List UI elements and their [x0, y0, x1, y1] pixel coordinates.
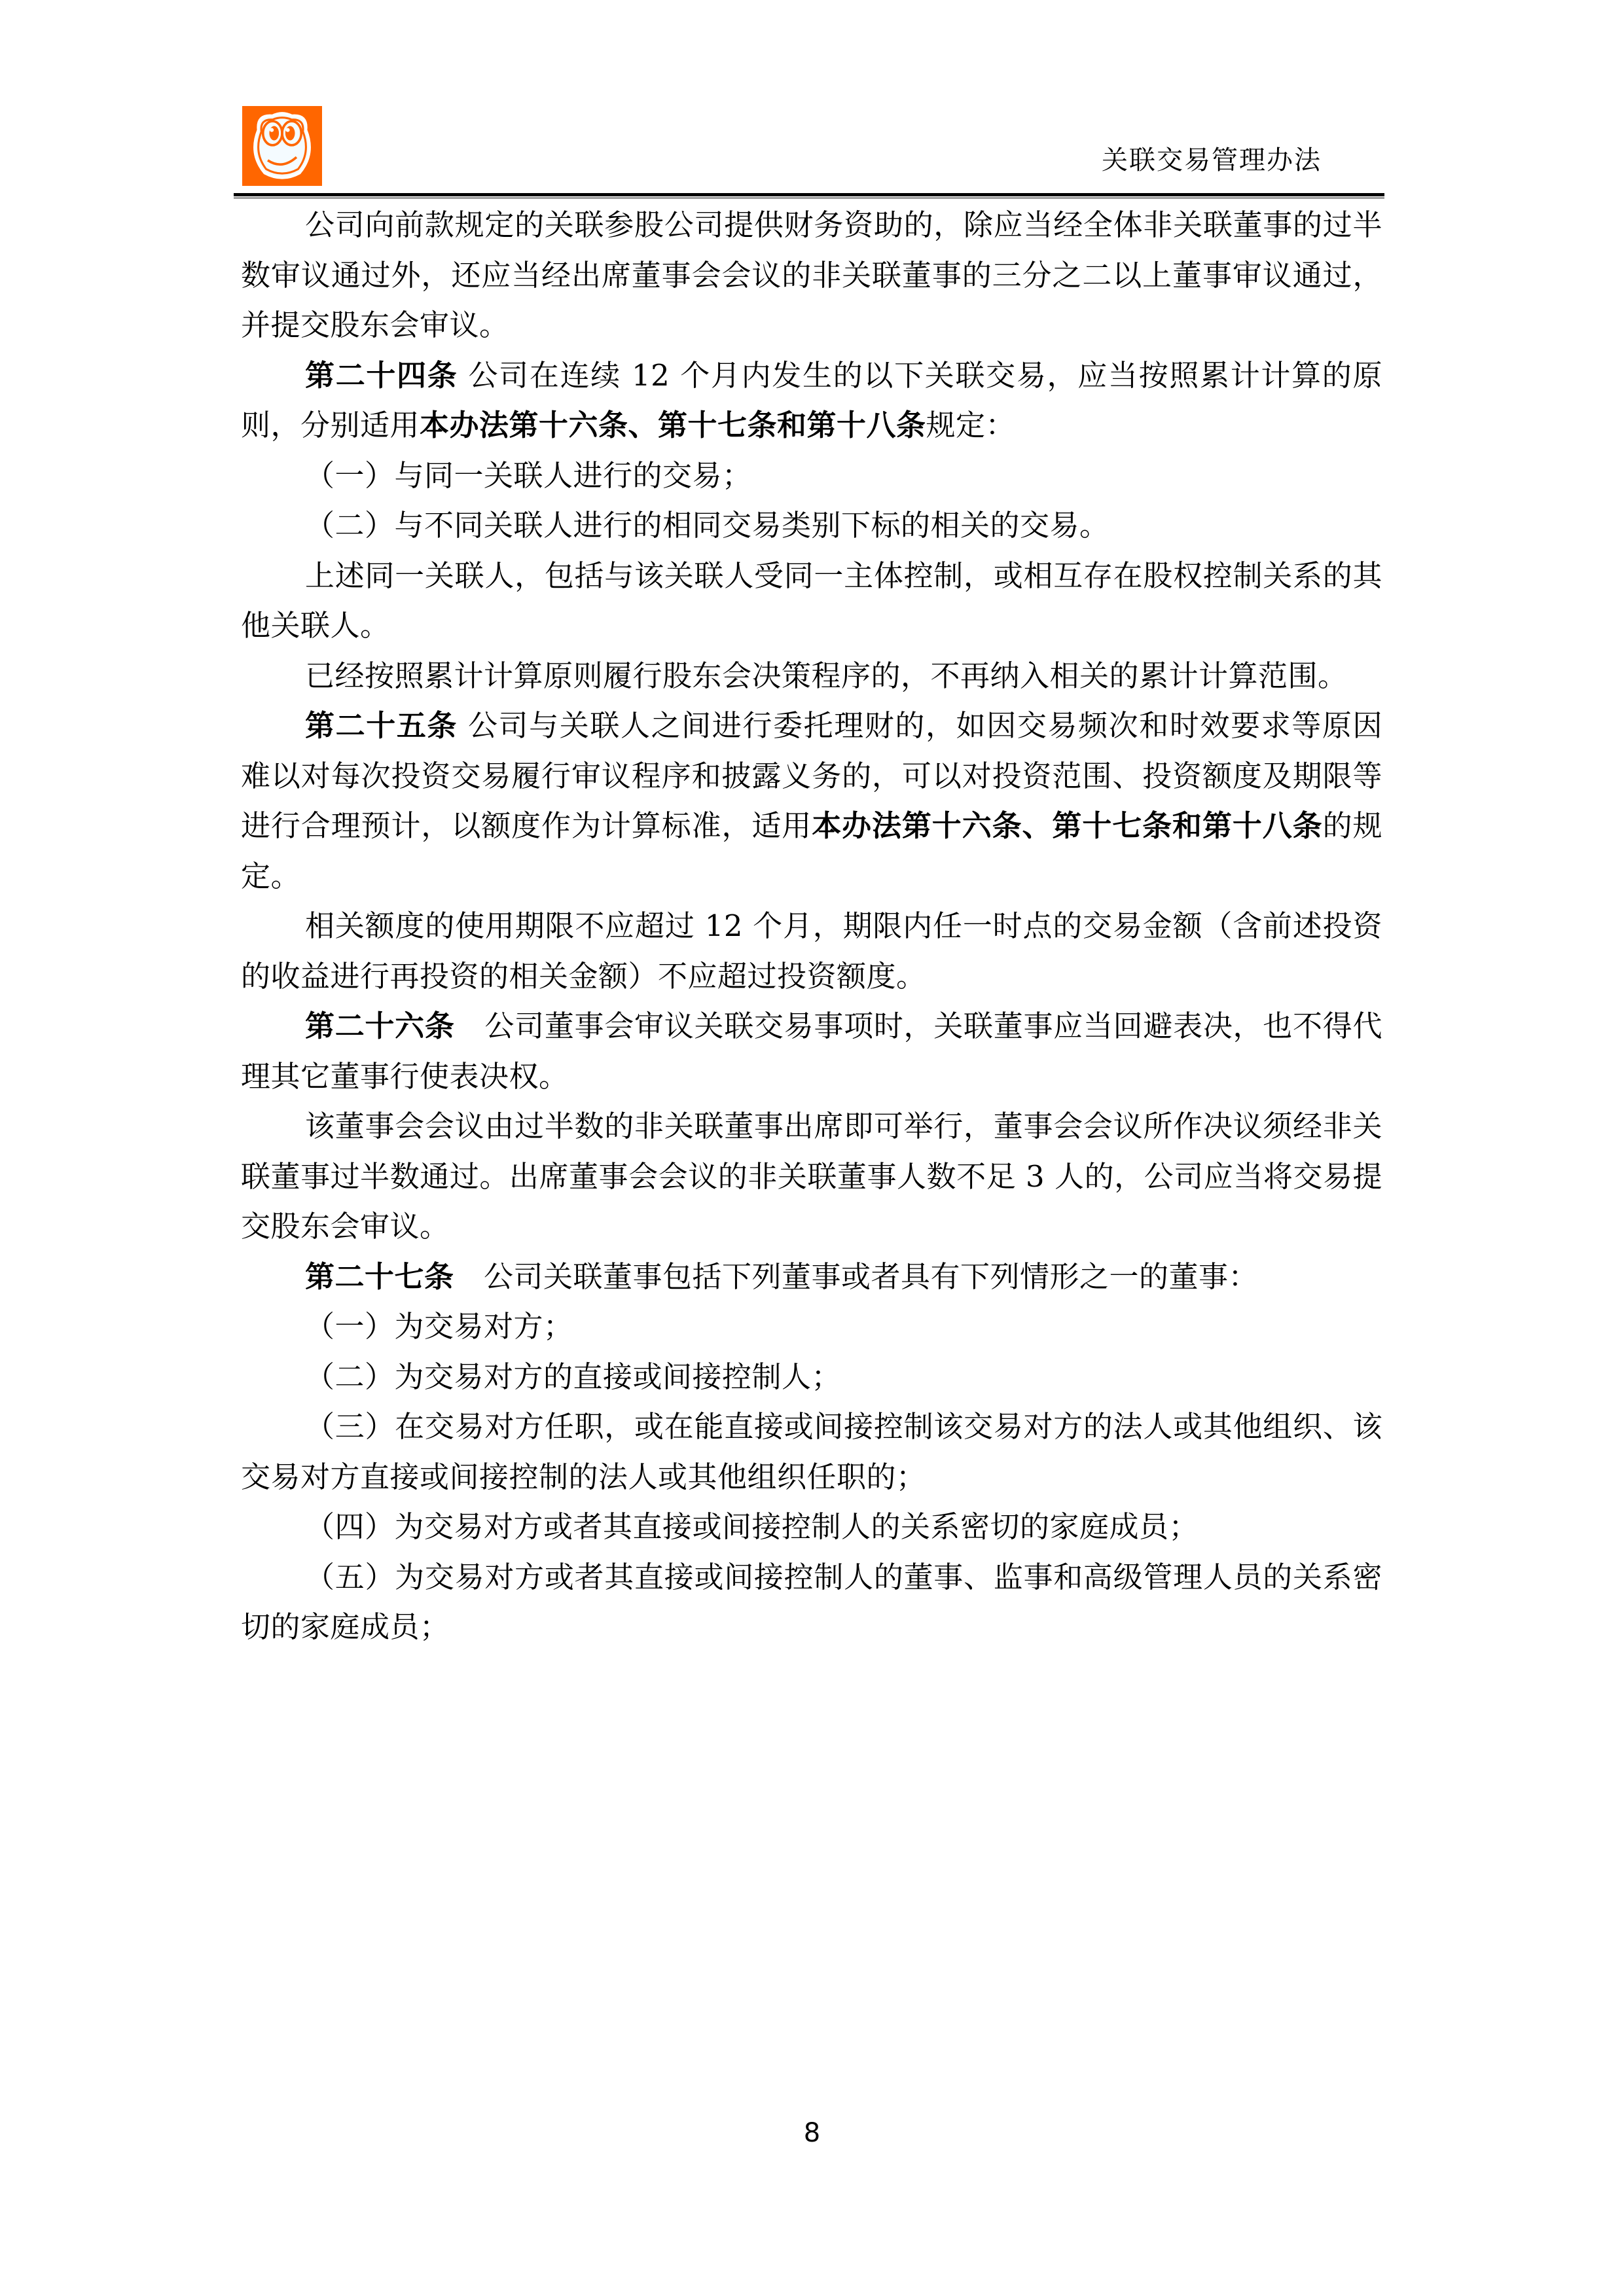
smiley-face-icon [242, 106, 322, 186]
paragraph: （二）为交易对方的直接或间接控制人； [241, 1352, 1382, 1403]
paragraph: （一）与同一关联人进行的交易； [241, 451, 1382, 501]
text-run: 相关额度的使用期限不应超过 12 个月，期限内任一时点的交易金额（含前述投资的收… [241, 908, 1382, 994]
text-run: 公司关联董事包括下列董事或者具有下列情形之一的董事： [454, 1259, 1259, 1294]
paragraph: 已经按照累计计算原则履行股东会决策程序的，不再纳入相关的累计计算范围。 [241, 651, 1382, 702]
text-run: 公司向前款规定的关联参股公司提供财务资助的，除应当经全体非关联董事的过半数审议通… [241, 207, 1382, 342]
company-logo [242, 106, 322, 186]
text-run: 规定： [926, 408, 1016, 442]
bold-text-run: 第二十六条 [305, 1009, 455, 1043]
paragraph: 该董事会会议由过半数的非关联董事出席即可举行，董事会会议所作决议须经非关联董事过… [241, 1102, 1382, 1252]
page-number: 8 [0, 2118, 1624, 2148]
paragraph: 相关额度的使用期限不应超过 12 个月，期限内任一时点的交易金额（含前述投资的收… [241, 901, 1382, 1001]
paragraph: 第二十四条 公司在连续 12 个月内发生的以下关联交易，应当按照累计计算的原则，… [241, 351, 1382, 451]
paragraph: 公司向前款规定的关联参股公司提供财务资助的，除应当经全体非关联董事的过半数审议通… [241, 200, 1382, 351]
paragraph: （二）与不同关联人进行的相同交易类别下标的相关的交易。 [241, 501, 1382, 551]
paragraph: 上述同一关联人，包括与该关联人受同一主体控制，或相互存在股权控制关系的其他关联人… [241, 551, 1382, 651]
bold-text-run: 本办法第十六条、第十七条和第十八条 [420, 408, 926, 442]
document-title-header: 关联交易管理办法 [1102, 144, 1322, 177]
text-run: （二）为交易对方的直接或间接控制人； [305, 1359, 841, 1394]
paragraph: （三）在交易对方任职，或在能直接或间接控制该交易对方的法人或其他组织、该交易对方… [241, 1402, 1382, 1502]
paragraph: 第二十五条 公司与关联人之间进行委托理财的，如因交易频次和时效要求等原因难以对每… [241, 701, 1382, 901]
bold-text-run: 第二十五条 [305, 708, 458, 743]
text-run: （二）与不同关联人进行的相同交易类别下标的相关的交易。 [305, 508, 1110, 543]
text-run: （三）在交易对方任职，或在能直接或间接控制该交易对方的法人或其他组织、该交易对方… [241, 1409, 1382, 1494]
paragraph: 第二十七条 公司关联董事包括下列董事或者具有下列情形之一的董事： [241, 1252, 1382, 1302]
text-run: （五）为交易对方或者其直接或间接控制人的董事、监事和高级管理人员的关系密切的家庭… [241, 1560, 1382, 1645]
paragraph: 第二十六条 公司董事会审议关联交易事项时，关联董事应当回避表决，也不得代理其它董… [241, 1001, 1382, 1102]
text-run: 该董事会会议由过半数的非关联董事出席即可举行，董事会会议所作决议须经非关联董事过… [241, 1109, 1382, 1244]
text-run: 上述同一关联人，包括与该关联人受同一主体控制，或相互存在股权控制关系的其他关联人… [241, 558, 1382, 643]
text-run: （一）为交易对方； [305, 1309, 573, 1344]
bold-text-run: 本办法第十六条、第十七条和第十八条 [812, 808, 1322, 843]
paragraph: （一）为交易对方； [241, 1302, 1382, 1352]
text-run: 已经按照累计计算原则履行股东会决策程序的，不再纳入相关的累计计算范围。 [305, 658, 1348, 693]
bold-text-run: 第二十四条 [305, 358, 458, 393]
header-divider-thin [234, 198, 1384, 198]
text-run: （一）与同一关联人进行的交易； [305, 458, 752, 493]
header-divider [234, 193, 1384, 196]
paragraph: （五）为交易对方或者其直接或间接控制人的董事、监事和高级管理人员的关系密切的家庭… [241, 1552, 1382, 1653]
paragraph: （四）为交易对方或者其直接或间接控制人的关系密切的家庭成员； [241, 1502, 1382, 1552]
text-run: （四）为交易对方或者其直接或间接控制人的关系密切的家庭成员； [305, 1509, 1199, 1544]
bold-text-run: 第二十七条 [305, 1259, 454, 1294]
document-body: 公司向前款规定的关联参股公司提供财务资助的，除应当经全体非关联董事的过半数审议通… [241, 200, 1382, 1653]
